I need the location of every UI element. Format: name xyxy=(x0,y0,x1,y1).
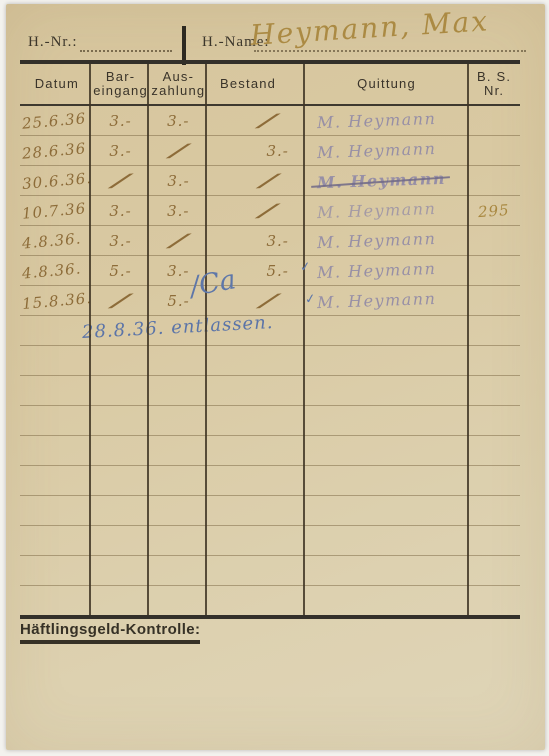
table-empty-row xyxy=(20,496,520,526)
table-row: 4.8.36. 5.- 3.- 5.- M. Heymann xyxy=(20,256,520,286)
table-empty-row xyxy=(20,346,520,376)
cell-bestand: / xyxy=(259,170,279,190)
cell-bestand: 5.- xyxy=(266,262,288,280)
cell-auszahlung: 3.- xyxy=(167,262,189,280)
blue-checkmark: ✓ xyxy=(299,259,312,275)
cell-bareingang: 3.- xyxy=(109,232,131,250)
table-empty-row xyxy=(20,466,520,496)
column-divider xyxy=(205,64,207,615)
header-label: B. S. xyxy=(477,69,511,84)
cell-auszahlung: / xyxy=(169,230,189,250)
cell-bs-nr: 295 xyxy=(478,200,511,220)
column-divider xyxy=(303,64,305,615)
header-label: zahlung xyxy=(151,83,205,98)
table-row: 28.6.36 3.- / 3.- M. Heymann xyxy=(20,136,520,166)
cell-auszahlung: 5.- xyxy=(167,292,189,310)
table-empty-row xyxy=(20,406,520,436)
cell-bareingang: / xyxy=(111,170,131,190)
cell-datum: 4.8.36. xyxy=(21,259,82,282)
footer-title: Häftlingsgeld-Kontrolle: xyxy=(20,621,200,644)
cell-quittung-signature: M. Heymann xyxy=(317,259,437,282)
table-empty-row xyxy=(20,556,520,586)
header-label: Quittung xyxy=(357,76,416,91)
cell-datum: 15.8.36. xyxy=(21,288,92,312)
header-label: Aus- xyxy=(163,69,195,84)
cell-quittung-signature: M. Heymann xyxy=(317,109,437,132)
column-divider xyxy=(147,64,149,615)
table-row: 25.6.36 3.- 3.- / M. Heymann xyxy=(20,106,520,136)
cell-bestand: 3.- xyxy=(266,232,288,250)
header-label: eingang xyxy=(93,83,148,98)
column-divider xyxy=(467,64,469,615)
header-label: Datum xyxy=(35,77,79,91)
column-header-quittung: Quittung xyxy=(305,77,468,91)
column-header-bestand: Bestand xyxy=(207,77,305,91)
cell-bestand: 3.- xyxy=(266,142,288,160)
cell-auszahlung: 3.- xyxy=(167,202,189,220)
cell-bareingang: / xyxy=(111,290,131,310)
cell-datum: 10.7.36 xyxy=(21,199,87,223)
cell-auszahlung: 3.- xyxy=(167,172,189,190)
cell-auszahlung: / xyxy=(169,140,189,160)
table-empty-row xyxy=(20,436,520,466)
header-label: Bestand xyxy=(220,76,276,91)
cell-bestand: / xyxy=(258,110,278,130)
header-label: Bar- xyxy=(106,69,135,84)
table-header-row: Datum Bar- eingang Aus- zahlung Bestand … xyxy=(20,64,520,106)
cell-bareingang: 5.- xyxy=(109,262,131,280)
ledger-table: Datum Bar- eingang Aus- zahlung Bestand … xyxy=(20,60,520,619)
column-divider xyxy=(89,64,91,615)
cell-bareingang: 3.- xyxy=(109,142,131,160)
cell-datum: 28.6.36 xyxy=(21,139,87,163)
release-note-text: 28.8.36. entlassen. xyxy=(82,312,274,343)
release-note-row: 28.8.36. entlassen. xyxy=(20,316,520,346)
cell-datum: 30.6.36. xyxy=(21,168,92,192)
cell-datum: 25.6.36 xyxy=(21,109,87,133)
column-header-auszahlung: Aus- zahlung xyxy=(149,70,207,98)
blue-checkmark: ✓ xyxy=(304,291,317,307)
table-empty-row xyxy=(20,376,520,406)
cell-bestand: / xyxy=(258,200,278,220)
cell-bareingang: 3.- xyxy=(109,202,131,220)
cell-quittung-signature: M. Heymann xyxy=(317,199,437,222)
cell-datum: 4.8.36. xyxy=(21,229,82,252)
cell-auszahlung: 3.- xyxy=(167,112,189,130)
cell-quittung-signature-struck: M. Heymann xyxy=(317,169,447,192)
table-row: 4.8.36. 3.- / 3.- M. Heymann xyxy=(20,226,520,256)
column-header-bareingang: Bar- eingang xyxy=(92,70,150,98)
h-nr-label: H.-Nr.: xyxy=(28,34,78,51)
column-header-datum: Datum xyxy=(20,77,92,91)
header-label: Nr. xyxy=(484,83,504,98)
cell-quittung-signature: M. Heymann xyxy=(317,289,437,312)
table-row: 10.7.36 3.- 3.- / M. Heymann 295 xyxy=(20,196,520,226)
cell-bareingang: 3.- xyxy=(109,112,131,130)
cell-bestand: / xyxy=(259,290,279,310)
table-empty-row xyxy=(20,586,520,615)
table-empty-row xyxy=(20,526,520,556)
prisoner-money-card: H.-Nr.: H.-Name: Heymann, Max Datum Bar-… xyxy=(6,4,545,750)
h-nr-dotted-line xyxy=(80,36,172,52)
cell-quittung-signature: M. Heymann xyxy=(317,139,437,162)
column-header-bs-nr: B. S. Nr. xyxy=(468,70,520,98)
table-row: 30.6.36. / 3.- / M. Heymann xyxy=(20,166,520,196)
cell-quittung-signature: M. Heymann xyxy=(317,229,437,252)
